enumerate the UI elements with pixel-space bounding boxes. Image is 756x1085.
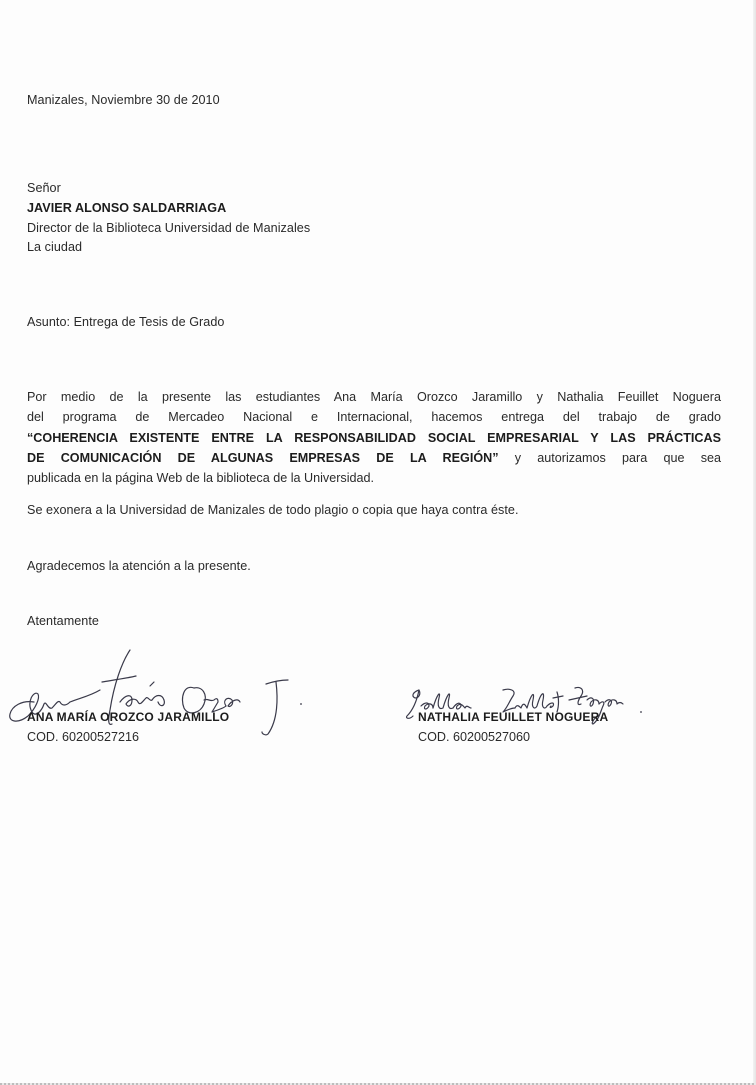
signatory-1: ANA MARÍA OROZCO JARAMILLO COD. 60200527… (27, 707, 229, 747)
recipient-position: Director de la Biblioteca Universidad de… (27, 218, 310, 238)
closing: Atentamente (27, 611, 99, 631)
body-line: Por medio de la presente las estudiantes… (27, 387, 721, 407)
body-line: publicada en la página Web de la bibliot… (27, 468, 721, 488)
signatory-name: ANA MARÍA OROZCO JARAMILLO (27, 707, 229, 727)
recipient-city: La ciudad (27, 237, 82, 257)
body-line: del programa de Mercadeo Nacional e Inte… (27, 407, 721, 427)
disclaimer: Se exonera a la Universidad de Manizales… (27, 500, 519, 520)
signatory-code: COD. 60200527060 (418, 727, 608, 747)
body-paragraph: Por medio de la presente las estudiantes… (27, 387, 721, 488)
subject-line: Asunto: Entrega de Tesis de Grado (27, 312, 224, 332)
body-line: DE COMUNICACIÓN DE ALGUNAS EMPRESAS DE L… (27, 448, 721, 468)
recipient-salutation: Señor (27, 178, 61, 198)
thesis-title-line: “COHERENCIA EXISTENTE ENTRE LA RESPONSAB… (27, 428, 721, 448)
signatory-code: COD. 60200527216 (27, 727, 229, 747)
thesis-title-line-end: DE COMUNICACIÓN DE ALGUNAS EMPRESAS DE L… (27, 451, 499, 465)
signatory-2: NATHALIA FEUILLET NOGUERA COD. 602005270… (418, 707, 608, 747)
place-date: Manizales, Noviembre 30 de 2010 (27, 90, 220, 110)
thanks-line: Agradecemos la atención a la presente. (27, 556, 251, 576)
signatory-name: NATHALIA FEUILLET NOGUERA (418, 707, 608, 727)
body-line-rest: y autorizamos para que sea (499, 451, 721, 465)
letter-page: Manizales, Noviembre 30 de 2010 Señor JA… (0, 0, 756, 1085)
recipient-name: JAVIER ALONSO SALDARRIAGA (27, 198, 226, 218)
